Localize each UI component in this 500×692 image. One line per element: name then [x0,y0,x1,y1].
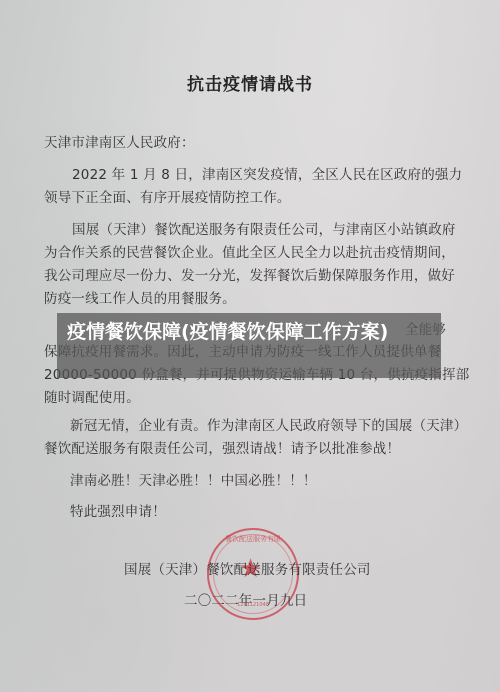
paragraph-1-line-2: 领导下正全面、有序开展疫情防控工作。 [44,186,291,206]
paragraph-2-line-4: 防疫一线工作人员的用餐服务。 [44,287,236,307]
document-title: 抗击疫情请战书 [0,70,500,95]
caption-text: 疫情餐饮保障(疫情餐饮保障工作方案) [67,319,437,345]
slogan-line: 津南必胜！天津必胜！！中国必胜！！！ [70,469,317,489]
paragraph-4-line-2: 餐饮配送服务有限责任公司，强烈请战！请予以批准参战！ [44,437,400,457]
seal-text: 餐饮配送服务有限 [223,534,283,544]
signature-company: 国展（天津）餐饮配送服务有限责任公司 [124,558,371,578]
salutation: 天津市津南区人民政府： [44,131,195,151]
signature-date: 二〇二二年一月九日 [184,589,307,609]
paragraph-3-line-4: 随时调配使用。 [44,386,140,406]
closing-line: 特此强烈申请！ [70,500,166,520]
paragraph-2-line-1: 国展（天津）餐饮配送服务有限责任公司，与津南区小站镇政府 [72,218,456,238]
paragraph-2-line-2: 为合作关系的民营餐饮企业。值此全区人民全力以赴抗击疫情期间， [44,241,455,261]
paragraph-1-line-1: 2022 年 1 月 8 日，津南区突发疫情，全区人民在区政府的强力 [72,163,462,183]
paragraph-4-line-1: 新冠无情，企业有责。作为津南区人民政府领导下的国展（天津） [70,414,467,434]
caption-overlay: 疫情餐饮保障(疫情餐饮保障工作方案) [57,313,441,378]
paragraph-2-line-3: 我公司理应尽一份力、发一分光，发挥餐饮后勤保障服务作用，做好 [44,264,455,284]
